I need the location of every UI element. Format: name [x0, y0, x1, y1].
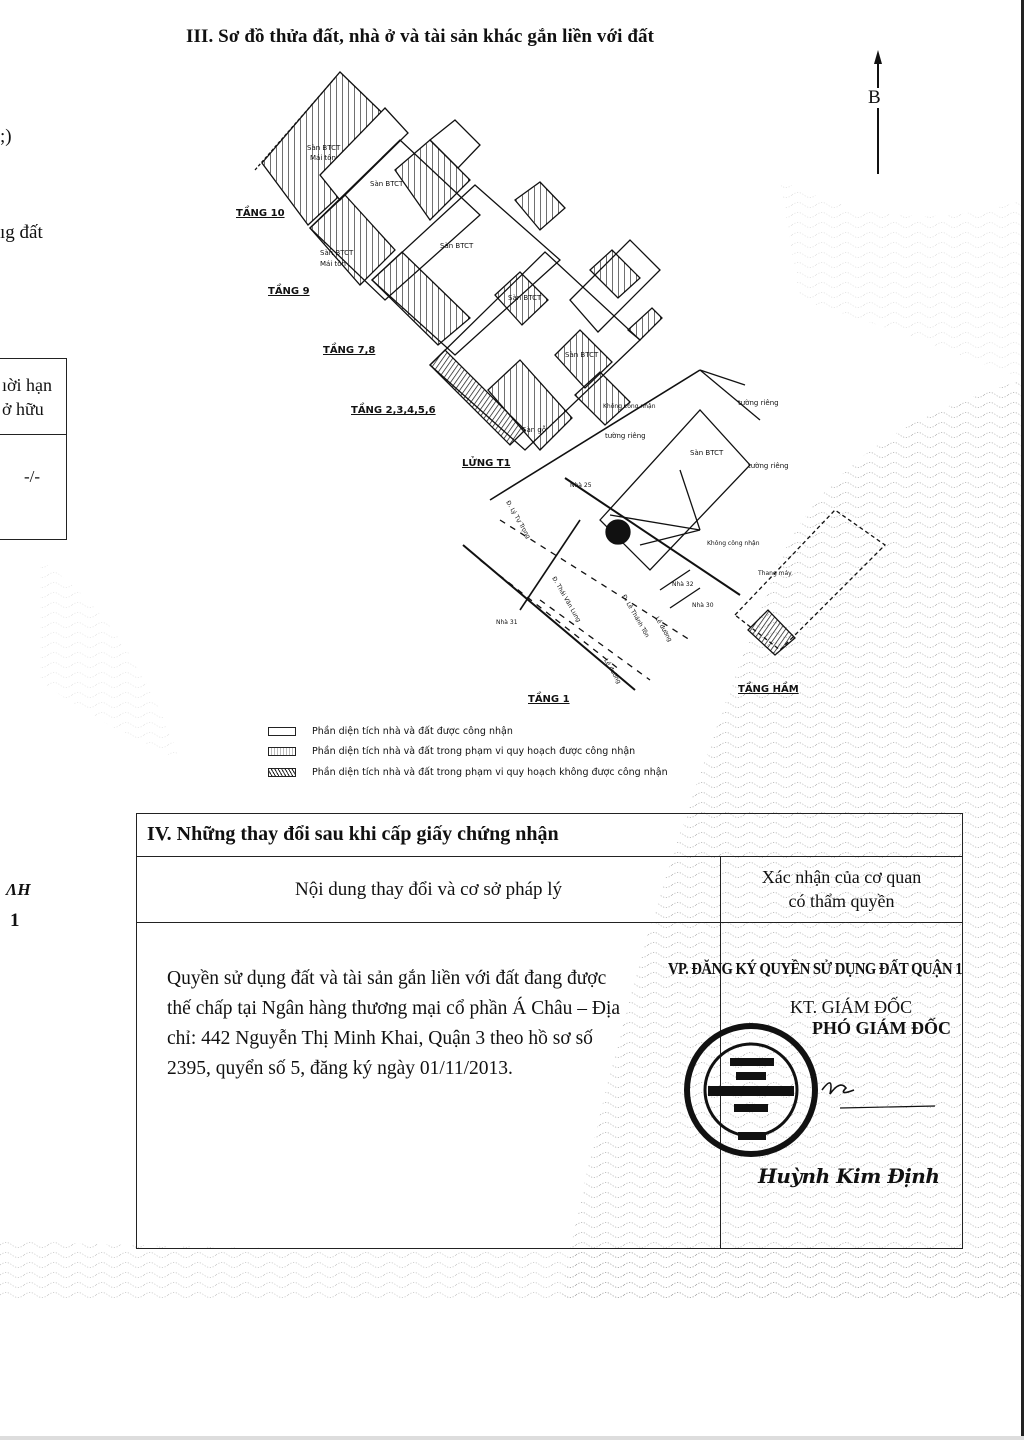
note-nha-25: Nhà 25	[570, 482, 592, 489]
label-lung-t1: LỬNG T1	[462, 458, 511, 469]
note-le-duong-2: Lề đường	[602, 657, 623, 685]
page-edge-bottom	[0, 1436, 1024, 1440]
issuing-agency: VP. ĐĂNG KÝ QUYỀN SỬ DỤNG ĐẤT QUẬN 1	[668, 959, 962, 979]
note-duong-le-thanh-ton: Đ. Lê Thánh Tôn	[620, 594, 650, 640]
label-tang-9: TẦNG 9	[268, 286, 310, 297]
note-san-btct-10: Sàn BTCT	[307, 144, 341, 152]
signature-icon	[820, 1070, 940, 1120]
note-san-btct-9: Sàn BTCT	[320, 249, 354, 257]
col-header-authority-line1: Xác nhận của cơ quan	[721, 865, 962, 889]
note-tuong-rieng-3: tường riêng	[748, 462, 789, 470]
section4-title: IV. Những thay đổi sau khi cấp giấy chứn…	[137, 814, 962, 857]
note-san-btct-78: Sàn BTCT	[508, 294, 542, 302]
note-khong-cong-nhan-1: Không công nhận	[603, 403, 656, 410]
note-le-duong-1: Lề đường	[653, 615, 674, 643]
margin-number: 1	[10, 910, 20, 932]
legend-label: Phần diện tích nhà và đất được công nhận	[312, 726, 513, 737]
official-seal-icon	[678, 1020, 824, 1160]
note-mai-ton-10: Mái tôn	[310, 154, 336, 162]
note-mai-ton-9: Mái tôn	[320, 260, 346, 268]
signer-name: Huỳnh Kim Định	[758, 1164, 939, 1188]
note-khong-cong-nhan-2: Không công nhận	[707, 540, 760, 547]
legend-swatch-dotted	[268, 747, 296, 756]
floor-plan-diagram: Sàn BTCT Mái tôn Sàn BTCT Sàn BTCT Mái t…	[0, 0, 1024, 800]
note-nha-32: Nhà 32	[672, 581, 694, 588]
plan-tang-7-8	[372, 182, 565, 355]
legend-item-recognized: Phần diện tích nhà và đất được công nhận	[268, 726, 513, 737]
margin-handwritten-mark: ΛH	[6, 880, 31, 900]
note-duong-ly-tu-trong: Đ. Lý Tự Trọng	[504, 500, 531, 541]
label-tang-1: TẦNG 1	[528, 694, 570, 705]
note-san-btct-9b: Sàn BTCT	[440, 242, 474, 250]
note-san-btct-10b: Sàn BTCT	[370, 180, 404, 188]
legend-swatch-plain	[268, 727, 296, 736]
plan-tang-ham	[735, 510, 885, 655]
col-header-content: Nội dung thay đổi và cơ sở pháp lý	[137, 857, 720, 922]
note-san-btct-26: Sàn BTCT	[565, 351, 599, 359]
label-tang-7-8: TẦNG 7,8	[323, 345, 375, 356]
note-nha-30: Nhà 30	[692, 602, 714, 609]
legend-item-planning-not-recognized: Phần diện tích nhà và đất trong phạm vi …	[268, 767, 668, 778]
legend-item-planning-recognized: Phần diện tích nhà và đất trong phạm vi …	[268, 746, 635, 757]
note-san-go: Sàn gỗ	[522, 425, 546, 434]
signer-title: PHÓ GIÁM ĐỐC	[812, 1018, 951, 1039]
note-duong-thai-van-lung: Đ. Thái Văn Lung	[550, 576, 582, 624]
note-tuong-rieng-1: tường riêng	[738, 399, 779, 407]
note-thang-may-ham: Thang máy	[757, 570, 792, 577]
note-tuong-rieng-2: tường riêng	[605, 432, 646, 440]
label-tang-2-6: TẦNG 2,3,4,5,6	[351, 405, 436, 416]
section4-header-row: Nội dung thay đổi và cơ sở pháp lý Xác n…	[137, 857, 962, 923]
col-header-authority: Xác nhận của cơ quan có thẩm quyền	[720, 857, 962, 922]
note-nha-31: Nhà 31	[496, 619, 518, 626]
col-header-authority-line2: có thẩm quyền	[721, 889, 962, 913]
note-san-btct-t1: Sàn BTCT	[690, 449, 724, 457]
signer-title-kt: KT. GIÁM ĐỐC	[790, 997, 912, 1018]
label-tang-10: TẦNG 10	[236, 208, 285, 219]
label-tang-ham: TẦNG HẦM	[738, 684, 799, 695]
legend-swatch-hatched	[268, 768, 296, 777]
legend-label: Phần diện tích nhà và đất trong phạm vi …	[312, 746, 635, 757]
legend-label: Phần diện tích nhà và đất trong phạm vi …	[312, 767, 668, 778]
